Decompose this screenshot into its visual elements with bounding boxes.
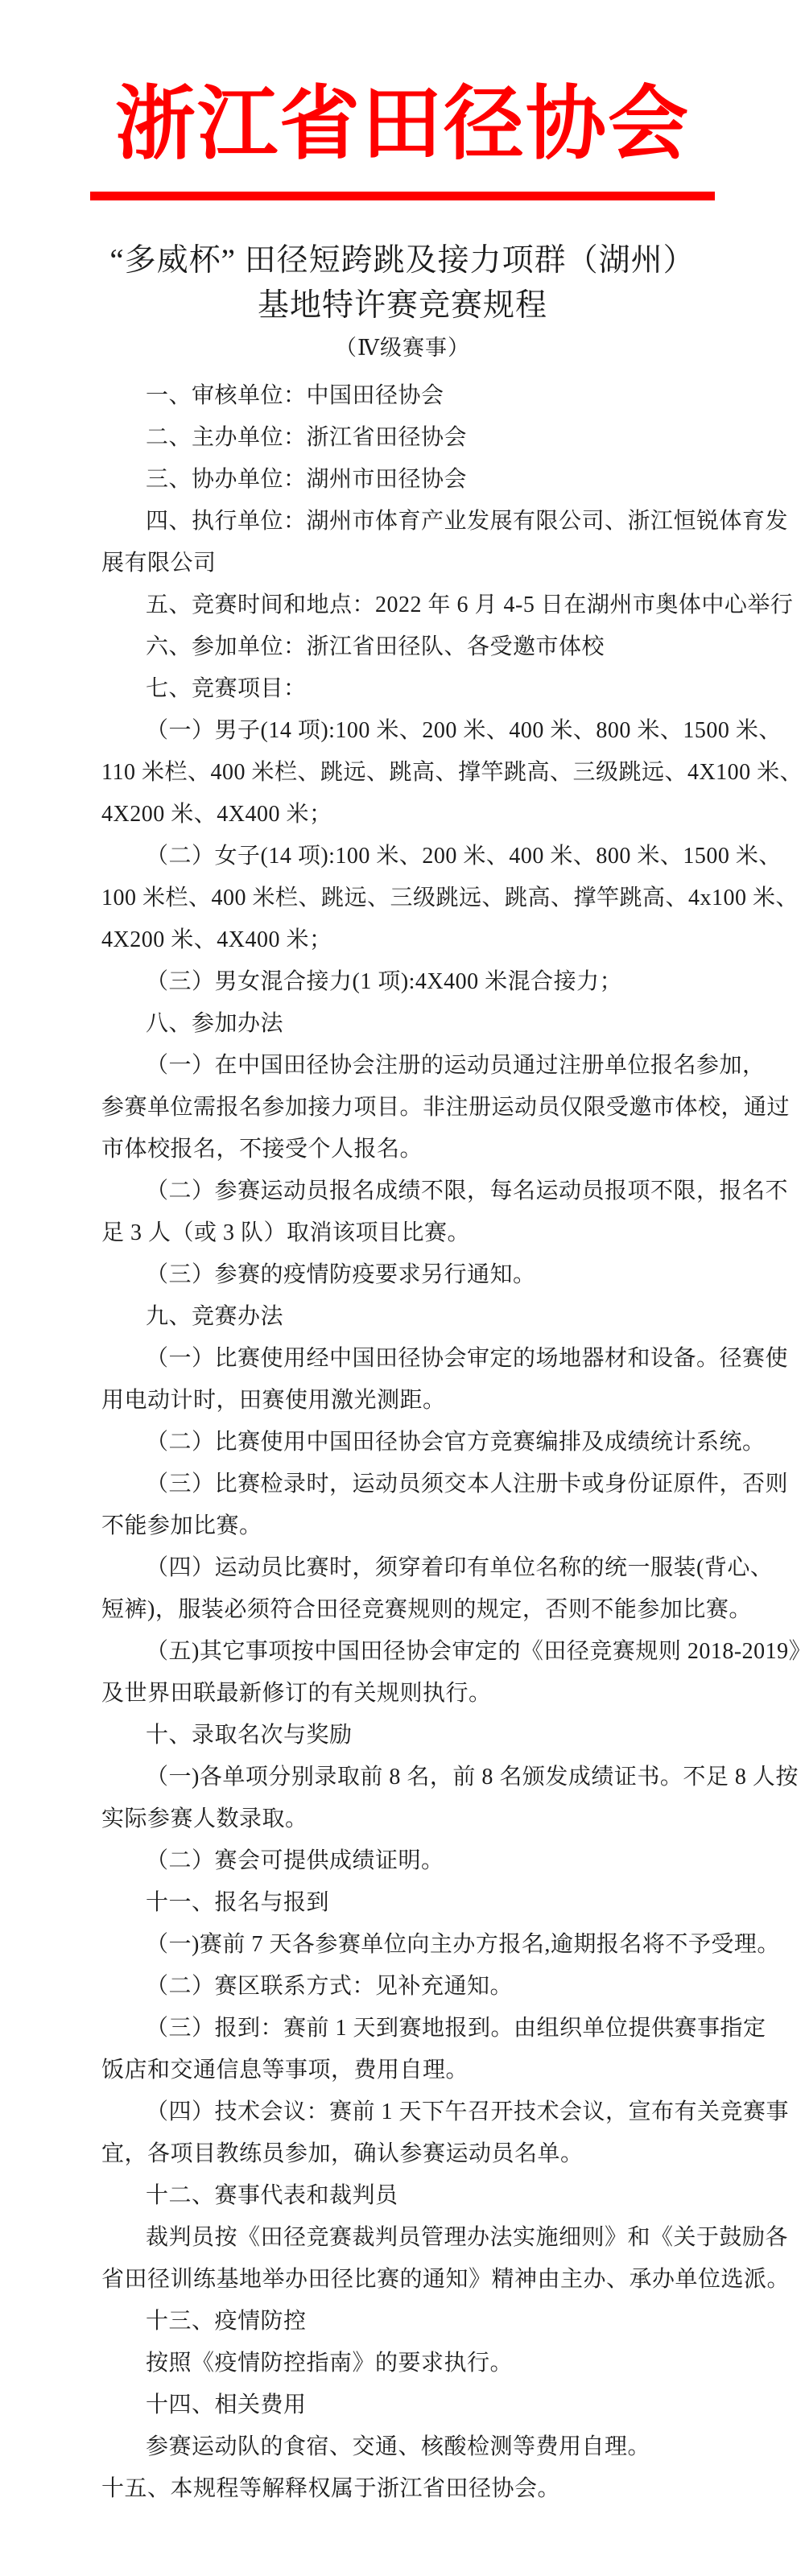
- document-line: （五)其它事项按中国田径协会审定的《田径竞赛规则 2018-2019》: [101, 1631, 716, 1673]
- document-line: 十二、赛事代表和裁判员: [101, 2175, 716, 2217]
- document-line: 不能参加比赛。: [101, 1505, 716, 1547]
- document-line: 及世界田联最新修订的有关规则执行。: [101, 1673, 716, 1715]
- document-line: （一）在中国田径协会注册的运动员通过注册单位报名参加，: [101, 1045, 716, 1087]
- document-line: 按照《疫情防控指南》的要求执行。: [101, 2343, 716, 2384]
- document-line: （四）技术会议：赛前 1 天下午召开技术会议，宣布有关竞赛事: [101, 2091, 716, 2133]
- document-line: （二）女子(14 项):100 米、200 米、400 米、800 米、1500…: [101, 836, 716, 877]
- title-grade-label: （Ⅳ级赛事）: [0, 328, 805, 367]
- document-line: 四、执行单位：湖州市体育产业发展有限公司、浙江恒锐体育发: [101, 501, 716, 543]
- document-line: 五、竞赛时间和地点：2022 年 6 月 4-5 日在湖州市奥体中心举行: [101, 584, 716, 626]
- document-line: （二）赛区联系方式：见补充通知。: [101, 1966, 716, 2008]
- document-line: 七、竞赛项目：: [101, 668, 716, 710]
- document-line: 展有限公司: [101, 543, 716, 584]
- document-line: 九、竞赛办法: [101, 1296, 716, 1338]
- document-line: 省田径训练基地举办田径比赛的通知》精神由主办、承办单位选派。: [101, 2259, 716, 2301]
- document-line: 十三、疫情防控: [101, 2301, 716, 2343]
- document-line: 一、审核单位：中国田径协会: [101, 375, 716, 417]
- document-line: 实际参赛人数录取。: [101, 1798, 716, 1840]
- document-line: 参赛单位需报名参加接力项目。非注册运动员仅限受邀市体校，通过: [101, 1087, 716, 1129]
- document-line: （三）参赛的疫情防疫要求另行通知。: [101, 1254, 716, 1296]
- document-line: 市体校报名，不接受个人报名。: [101, 1129, 716, 1170]
- document-line: 饭店和交通信息等事项，费用自理。: [101, 2050, 716, 2091]
- title-line-2: 基地特许赛竞赛规程: [0, 283, 805, 328]
- document-line: 六、参加单位：浙江省田径队、各受邀市体校: [101, 626, 716, 668]
- document-line: 三、协办单位：湖州市田径协会: [101, 459, 716, 501]
- title-line-1: “多威杯” 田径短跨跳及接力项群（湖州）: [0, 238, 805, 283]
- document-line: 110 米栏、400 米栏、跳远、跳高、撑竿跳高、三级跳远、4X100 米、: [101, 752, 716, 794]
- document-line: 4X200 米、4X400 米；: [101, 794, 716, 836]
- document-line: 十、录取名次与奖励: [101, 1715, 716, 1757]
- document-line: 用电动计时，田赛使用激光测距。: [101, 1380, 716, 1422]
- document-line: （三）比赛检录时，运动员须交本人注册卡或身份证原件，否则: [101, 1463, 716, 1505]
- document-line: （一）男子(14 项):100 米、200 米、400 米、800 米、1500…: [101, 710, 716, 752]
- header-divider-rule: [90, 192, 715, 200]
- document-line: 短裤)，服装必须符合田径竞赛规则的规定，否则不能参加比赛。: [101, 1589, 716, 1631]
- document-line: （三）男女混合接力(1 项):4X400 米混合接力；: [101, 961, 716, 1003]
- document-line: 4X200 米、4X400 米；: [101, 919, 716, 961]
- document-line: （一）比赛使用经中国田径协会审定的场地器材和设备。径赛使: [101, 1338, 716, 1380]
- document-line: 二、主办单位：浙江省田径协会: [101, 417, 716, 459]
- document-title: “多威杯” 田径短跨跳及接力项群（湖州） 基地特许赛竞赛规程 （Ⅳ级赛事）: [0, 238, 805, 367]
- document-line: （四）运动员比赛时，须穿着印有单位名称的统一服装(背心、: [101, 1547, 716, 1589]
- document-line: （三）报到：赛前 1 天到赛地报到。由组织单位提供赛事指定: [101, 2008, 716, 2050]
- document-page: 浙江省田径协会 “多威杯” 田径短跨跳及接力项群（湖州） 基地特许赛竞赛规程 （…: [0, 0, 805, 2576]
- document-line: 参赛运动队的食宿、交通、核酸检测等费用自理。: [101, 2426, 716, 2468]
- document-body: 一、审核单位：中国田径协会二、主办单位：浙江省田径协会三、协办单位：湖州市田径协…: [101, 375, 716, 2510]
- document-line: （一)各单项分别录取前 8 名，前 8 名颁发成绩证书。不足 8 人按: [101, 1757, 716, 1798]
- document-line: 十五、本规程等解释权属于浙江省田径协会。: [101, 2468, 716, 2510]
- document-line: 足 3 人（或 3 队）取消该项目比赛。: [101, 1212, 716, 1254]
- document-line: 十一、报名与报到: [101, 1882, 716, 1924]
- document-line: （一)赛前 7 天各参赛单位向主办方报名,逾期报名将不予受理。: [101, 1924, 716, 1966]
- document-line: 裁判员按《田径竞赛裁判员管理办法实施细则》和《关于鼓励各: [101, 2217, 716, 2259]
- document-line: （二）比赛使用中国田径协会官方竞赛编排及成绩统计系统。: [101, 1422, 716, 1463]
- document-line: （二）参赛运动员报名成绩不限，每名运动员报项不限，报名不: [101, 1170, 716, 1212]
- document-line: （二）赛会可提供成绩证明。: [101, 1840, 716, 1882]
- document-line: 十四、相关费用: [101, 2384, 716, 2426]
- document-line: 100 米栏、400 米栏、跳远、三级跳远、跳高、撑竿跳高、4x100 米、: [101, 877, 716, 919]
- document-line: 八、参加办法: [101, 1003, 716, 1045]
- document-line: 宜，各项目教练员参加，确认参赛运动员名单。: [101, 2133, 716, 2175]
- org-name-heading: 浙江省田径协会: [0, 80, 805, 169]
